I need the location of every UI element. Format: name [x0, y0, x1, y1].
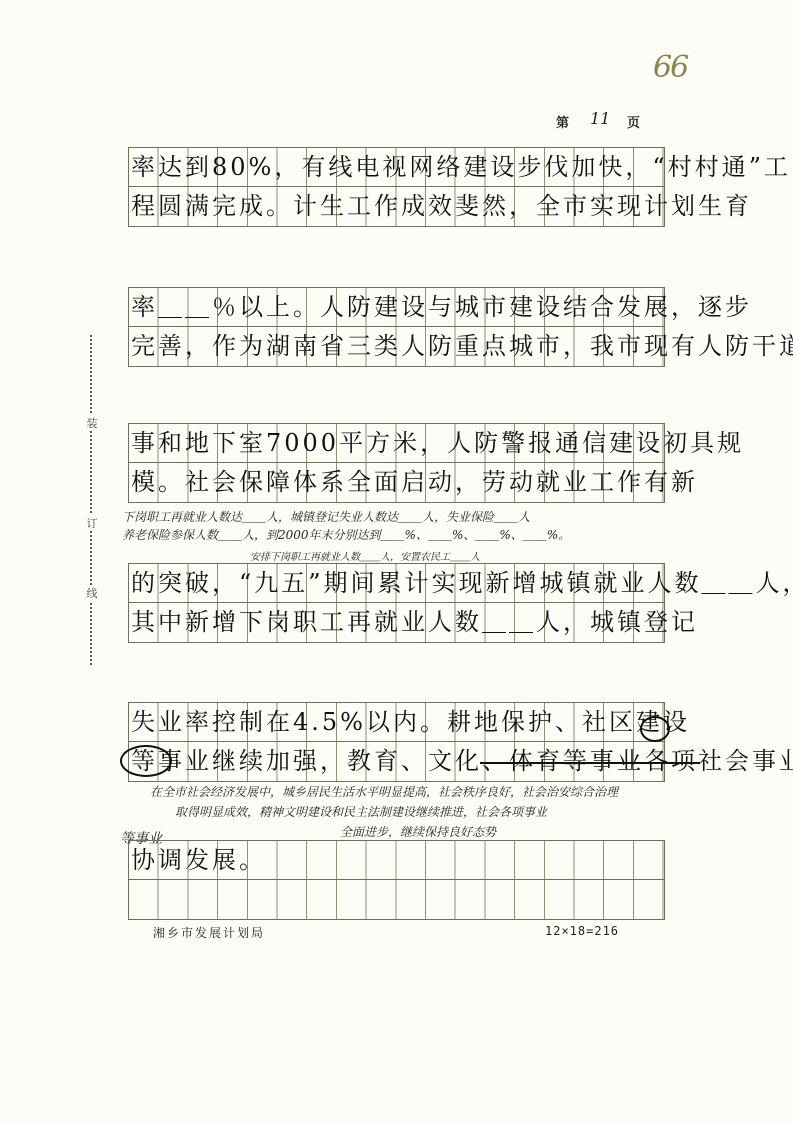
binding-char: 装	[84, 415, 100, 431]
page-suffix: 页	[627, 112, 640, 131]
manuscript-line: 率达到80%，有线电视网络建设步伐加快，“村村通”工	[131, 148, 664, 187]
manuscript-line: 的突破，“九五”期间累计实现新增城镇就业人数＿＿人，	[131, 564, 664, 603]
deletion-circle-mark	[120, 745, 172, 777]
manuscript-line: 协调发展。	[131, 841, 664, 880]
manuscript-block: 协调发展。	[128, 840, 665, 920]
manuscript-block: 事和地下室7000平方米，人防警报通信建设初具规 模。社会保障体系全面启动，劳动…	[128, 423, 665, 503]
manuscript-line: 模。社会保障体系全面启动，劳动就业工作有新	[131, 463, 664, 502]
manuscript-line: 其中新增下岗职工再就业人数＿＿人，城镇登记	[131, 603, 664, 642]
strikethrough-mark	[480, 762, 700, 764]
binding-char: 订	[84, 515, 100, 531]
footer-grid-spec: 12×18=216	[545, 924, 619, 938]
interline-annotation: 安排下岗职工再就业人数＿＿人，安置农民工＿＿人	[250, 548, 480, 563]
manuscript-block: 率＿＿％以上。人防建设与城市建设结合发展，逐步 完善，作为湖南省三类人防重点城市…	[128, 287, 665, 367]
binding-line: 装 订 线	[84, 335, 104, 665]
manuscript-block: 率达到80%，有线电视网络建设步伐加快，“村村通”工 程圆满完成。计生工作成效斐…	[128, 147, 665, 227]
manuscript-line: 失业率控制在4.5%以内。耕地保护、社区建设	[131, 703, 664, 742]
manuscript-line: 事和地下室7000平方米，人防警报通信建设初具规	[131, 424, 664, 463]
page-prefix: 第	[556, 112, 569, 131]
manuscript-block: 的突破，“九五”期间累计实现新增城镇就业人数＿＿人， 其中新增下岗职工再就业人数…	[128, 563, 665, 643]
margin-annotation: 在全市社会经济发展中，城乡居民生活水平明显提高，社会秩序良好，社会治安综合治理	[150, 783, 618, 800]
margin-annotation: 取得明显成效，精神文明建设和民主法制建设继续推进，社会各项事业	[175, 803, 547, 820]
margin-annotation: 下岗职工再就业人数达＿＿人，城镇登记失业人数达＿＿人，失业保险＿＿人	[122, 508, 530, 525]
margin-annotation: 全面进步，继续保持良好态势	[340, 823, 496, 840]
archive-number: 66	[653, 50, 687, 85]
manuscript-line	[131, 880, 664, 919]
binding-char: 线	[84, 585, 100, 601]
footer-organization: 湘乡市发展计划局	[153, 924, 265, 941]
manuscript-line: 程圆满完成。计生工作成效斐然，全市实现计划生育	[131, 187, 664, 226]
margin-annotation: 养老保险参保人数＿＿人，到2000年末分别达到＿＿%、＿＿%、＿＿%、＿＿%。	[122, 526, 570, 543]
binding-dotted-line	[90, 335, 92, 665]
manuscript-line: 完善，作为湖南省三类人防重点城市，我市现有人防干道工	[131, 327, 664, 366]
page-number: 11	[590, 109, 610, 128]
deletion-circle-mark	[640, 716, 670, 742]
manuscript-block: 失业率控制在4.5%以内。耕地保护、社区建设 等事业继续加强，教育、文化、体育等…	[128, 702, 665, 782]
manuscript-line: 率＿＿％以上。人防建设与城市建设结合发展，逐步	[131, 288, 664, 327]
